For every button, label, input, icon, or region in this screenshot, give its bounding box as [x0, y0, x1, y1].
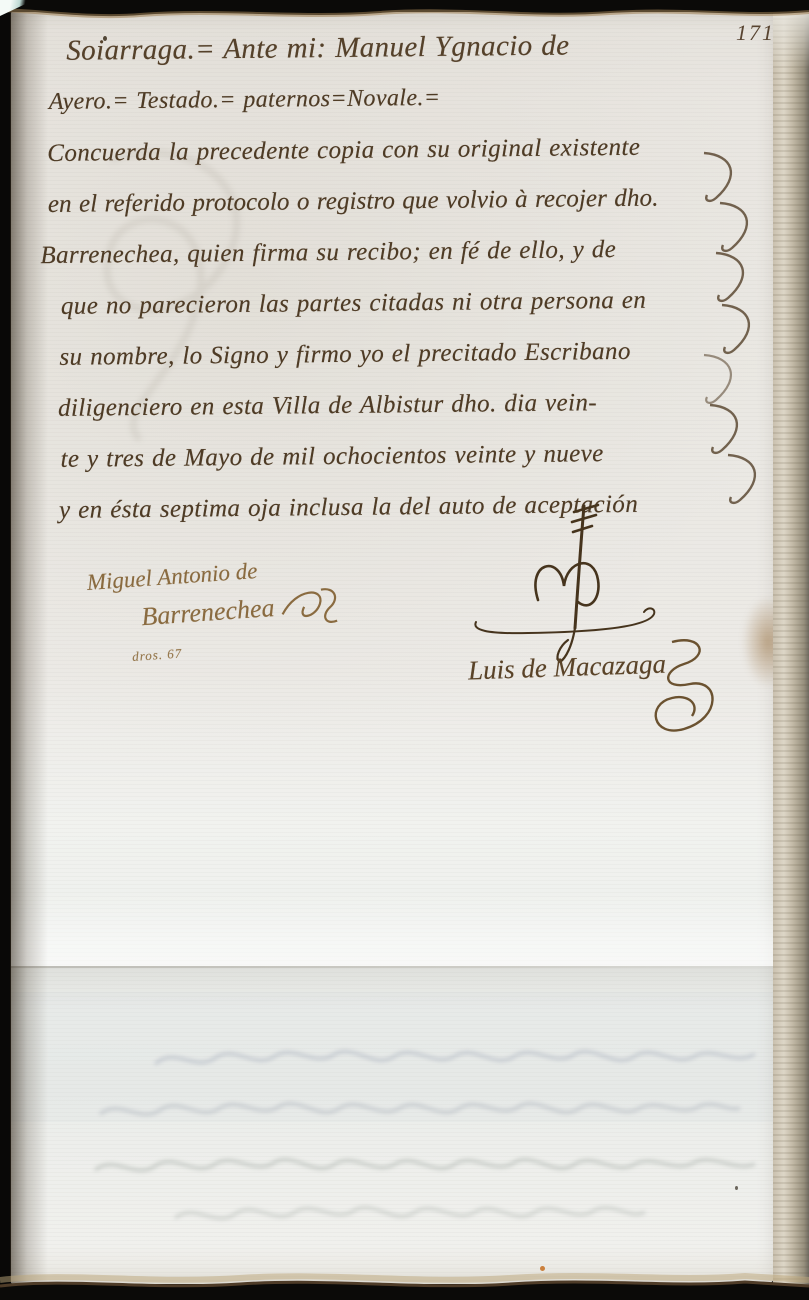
signature-rubric-icon [277, 580, 344, 630]
signature-left: Miguel Antonio de Barrenechea dros. 67 [86, 552, 346, 667]
bleedthrough-text [170, 1194, 650, 1234]
fold-highlight [10, 892, 775, 966]
signature-left-name-line2: Barrenechea [140, 593, 275, 632]
ink-speck [103, 36, 107, 41]
bleedthrough-text [90, 1146, 760, 1186]
gutter-shadow [10, 12, 48, 1284]
signature-rubric-icon [630, 634, 730, 749]
line-end-flourish-icon [712, 246, 754, 304]
manuscript-line: Ayero.= Testado.= paternos=Novale.= [49, 70, 759, 128]
manuscript-line: diligenciero en esta Villa de Albistur d… [58, 376, 762, 434]
manuscript-line: te y tres de Mayo de mil ochocientos vei… [60, 427, 762, 485]
line-end-flourish-icon [724, 448, 766, 506]
manuscript-line: Concuerda la precedente copia con su ori… [47, 121, 759, 179]
manuscript-line: su nombre, lo Signo y firmo yo el precit… [59, 325, 761, 383]
bleedthrough-text [150, 1038, 762, 1078]
ink-speck [735, 1186, 738, 1190]
manuscript-text: Soiarraga.= Ante mi: Manuel Ygnacio de A… [46, 19, 763, 536]
page-stack-edge [773, 0, 809, 1300]
bleedthrough-text [95, 1090, 745, 1130]
torn-edge-bottom [0, 1260, 809, 1300]
manuscript-line: en el referido protocolo o registro que … [48, 172, 760, 230]
manuscript-line: que no parecieron las partes citadas ni … [61, 274, 761, 332]
manuscript-scan: 171. Soiarraga.= Ante mi: Manuel Ygnacio… [0, 0, 809, 1300]
manuscript-line: Barrenechea, quien firma su recibo; en f… [40, 223, 760, 282]
torn-edge-top [0, 0, 809, 30]
